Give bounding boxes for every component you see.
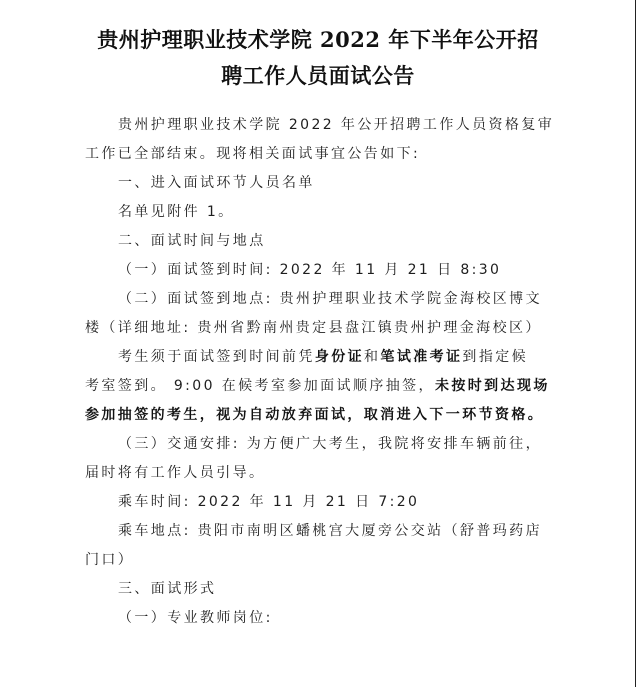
requirement-text: 和 bbox=[364, 349, 380, 365]
requirement-line-2: 考室签到。 9:00 在候考室参加面试顺序抽签，未按时到达现场 bbox=[85, 372, 560, 401]
requirement-text: 考室签到。 9:00 在候考室参加面试顺序抽签， bbox=[85, 378, 435, 394]
transport-line-1: （三）交通安排: 为方便广大考生，我院将安排车辆前往， bbox=[85, 430, 560, 459]
requirement-text: 考生须于面试签到时间前凭 bbox=[118, 349, 315, 365]
intro-paragraph-line-2: 工作已全部结束。现将相关面试事宜公告如下: bbox=[85, 140, 560, 169]
admission-ticket-emphasis: 笔试准考证 bbox=[380, 349, 462, 365]
bus-time: 乘车时间: 2022 年 11 月 21 日 7:20 bbox=[85, 488, 560, 517]
section-2-heading: 二、面试时间与地点 bbox=[85, 227, 560, 256]
section-3-subheading-1: （一）专业教师岗位: bbox=[85, 604, 560, 633]
sign-in-place-line-1: （二）面试签到地点: 贵州护理职业技术学院金海校区博文 bbox=[85, 285, 560, 314]
intro-paragraph-line-1: 贵州护理职业技术学院 2022 年公开招聘工作人员资格复审 bbox=[85, 111, 560, 140]
requirement-line-3: 参加抽签的考生，视为自动放弃面试，取消进入下一环节资格。 bbox=[85, 401, 560, 430]
requirement-line-1: 考生须于面试签到时间前凭身份证和笔试准考证到指定候 bbox=[85, 343, 560, 372]
document-body: 贵州护理职业技术学院 2022 年公开招聘工作人员资格复审 工作已全部结束。现将… bbox=[85, 111, 560, 633]
id-card-emphasis: 身份证 bbox=[315, 349, 364, 365]
bus-place-line-1: 乘车地点: 贵阳市南明区蟠桃宫大厦旁公交站（舒普玛药店 bbox=[85, 517, 560, 546]
section-1-heading: 一、进入面试环节人员名单 bbox=[85, 169, 560, 198]
bus-place-line-2: 门口） bbox=[85, 546, 560, 575]
sign-in-place-line-2: 楼（详细地址: 贵州省黔南州贵定县盘江镇贵州护理金海校区） bbox=[85, 314, 560, 343]
sign-in-time: （一）面试签到时间: 2022 年 11 月 21 日 8:30 bbox=[85, 256, 560, 285]
title-line-2: 聘工作人员面试公告 bbox=[0, 58, 636, 94]
late-warning-emphasis: 未按时到达现场 bbox=[435, 378, 550, 394]
requirement-text: 到指定候 bbox=[462, 349, 528, 365]
section-3-heading: 三、面试形式 bbox=[85, 575, 560, 604]
document-title: 贵州护理职业技术学院 2022 年下半年公开招 聘工作人员面试公告 bbox=[0, 22, 636, 94]
transport-line-2: 届时将有工作人员引导。 bbox=[85, 459, 560, 488]
title-line-1: 贵州护理职业技术学院 2022 年下半年公开招 bbox=[0, 22, 636, 58]
section-1-text: 名单见附件 1。 bbox=[85, 198, 560, 227]
